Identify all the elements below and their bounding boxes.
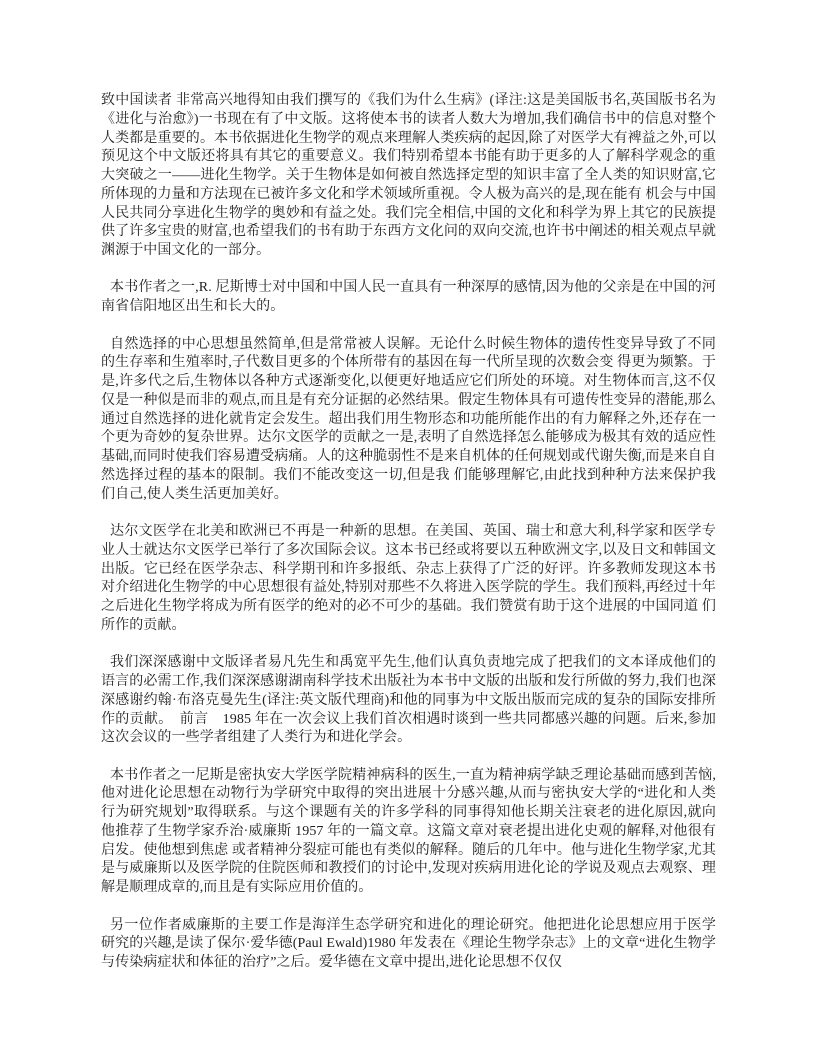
paragraph-author-williams-background: 另一位作者威廉斯的主要工作是海洋生态学研究和进化的理论研究。他把进化论思想应用于… <box>101 917 716 973</box>
paragraph-acknowledgements-and-foreword: 我们深深感谢中文版译者易凡先生和禹宽平先生,他们认真负责地完成了把我们的文本译成… <box>101 654 716 748</box>
paragraph-to-chinese-readers: 致中国读者 非常高兴地得知由我们撰写的《我们为什么生病》(译注:这是美国版书名,… <box>101 92 716 261</box>
paragraph-author-nesse-china-ties: 本书作者之一,R. 尼斯博士对中国和中国人民一直具有一种深厚的感情,因为他的父亲… <box>101 279 716 317</box>
document-page: 致中国读者 非常高兴地得知由我们撰写的《我们为什么生病》(译注:这是美国版书名,… <box>0 0 816 1056</box>
paragraph-natural-selection-idea: 自然选择的中心思想虽然简单,但是常常被人误解。无论什么时候生物体的遗传性变异导致… <box>101 336 716 505</box>
paragraph-author-nesse-background: 本书作者之一尼斯是密执安大学医学院精神病科的医生,一直为精神病学缺乏理论基础而感… <box>101 767 716 898</box>
paragraph-darwinian-medicine-reception: 达尔文医学在北美和欧洲已不再是一种新的思想。在美国、英国、瑞士和意大利,科学家和… <box>101 523 716 636</box>
